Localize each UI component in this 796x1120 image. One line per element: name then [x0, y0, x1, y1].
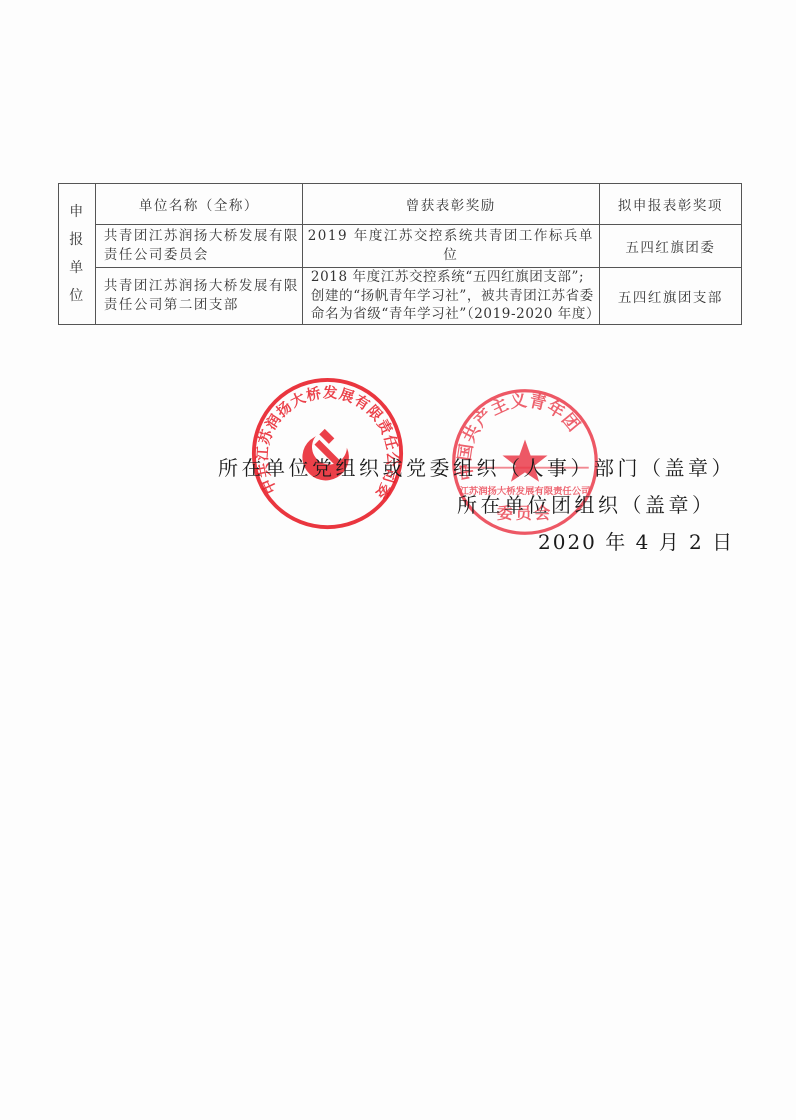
past-awards-cell: 2018 年度江苏交控系统“五四红旗团支部”; 创建的“扬帆青年学习社”，被共青…	[302, 268, 599, 325]
document-page: 申 报 单 位 单位名称（全称） 曾获表彰奖励 拟申报表彰奖项 共青团江苏润扬大…	[0, 0, 796, 1120]
header-past-awards: 曾获表彰奖励	[302, 184, 599, 225]
unit-name-cell: 共青团江苏润扬大桥发展有限 责任公司委员会	[95, 225, 302, 268]
side-char: 位	[69, 282, 85, 310]
signature-date: 2020 年 4 月 2 日	[538, 526, 734, 555]
header-unit-name: 单位名称（全称）	[95, 184, 302, 225]
unit-name-line: 共青团江苏润扬大桥发展有限	[104, 227, 302, 246]
award-line: 2018 年度江苏交控系统“五四红旗团支部”;	[311, 268, 599, 287]
side-label: 申 报 单 位	[59, 198, 95, 310]
side-char: 申	[69, 198, 85, 226]
application-table: 申 报 单 位 单位名称（全称） 曾获表彰奖励 拟申报表彰奖项 共青团江苏润扬大…	[58, 183, 742, 325]
side-char: 报	[69, 226, 85, 254]
side-char: 单	[69, 254, 85, 282]
award-line: 2019 年度江苏交控系统共青团工作标兵单位	[303, 227, 599, 265]
proposed-award-cell: 五四红旗团委	[599, 225, 741, 268]
past-awards-cell: 2019 年度江苏交控系统共青团工作标兵单位	[302, 225, 599, 268]
signature-party-dept: 所在单位党组织或党委组织（人事）部门（盖章）	[218, 452, 735, 481]
unit-name-line: 共青团江苏润扬大桥发展有限	[104, 277, 302, 296]
table-row: 共青团江苏润扬大桥发展有限 责任公司第二团支部 2018 年度江苏交控系统“五四…	[59, 268, 742, 325]
award-line: 创建的“扬帆青年学习社”，被共青团江苏省委	[311, 287, 599, 306]
table-header-row: 申 报 单 位 单位名称（全称） 曾获表彰奖励 拟申报表彰奖项	[59, 184, 742, 225]
unit-name-line: 责任公司委员会	[104, 246, 302, 265]
award-line: 命名为省级“青年学习社”（2019-2020 年度）	[311, 305, 599, 324]
side-label-cell: 申 报 单 位	[59, 184, 96, 325]
signature-youth-org: 所在单位团组织（盖章）	[457, 489, 716, 518]
unit-name-cell: 共青团江苏润扬大桥发展有限 责任公司第二团支部	[95, 268, 302, 325]
proposed-award-cell: 五四红旗团支部	[599, 268, 741, 325]
header-proposed-award: 拟申报表彰奖项	[599, 184, 741, 225]
unit-name-line: 责任公司第二团支部	[104, 296, 302, 315]
table-row: 共青团江苏润扬大桥发展有限 责任公司委员会 2019 年度江苏交控系统共青团工作…	[59, 225, 742, 268]
